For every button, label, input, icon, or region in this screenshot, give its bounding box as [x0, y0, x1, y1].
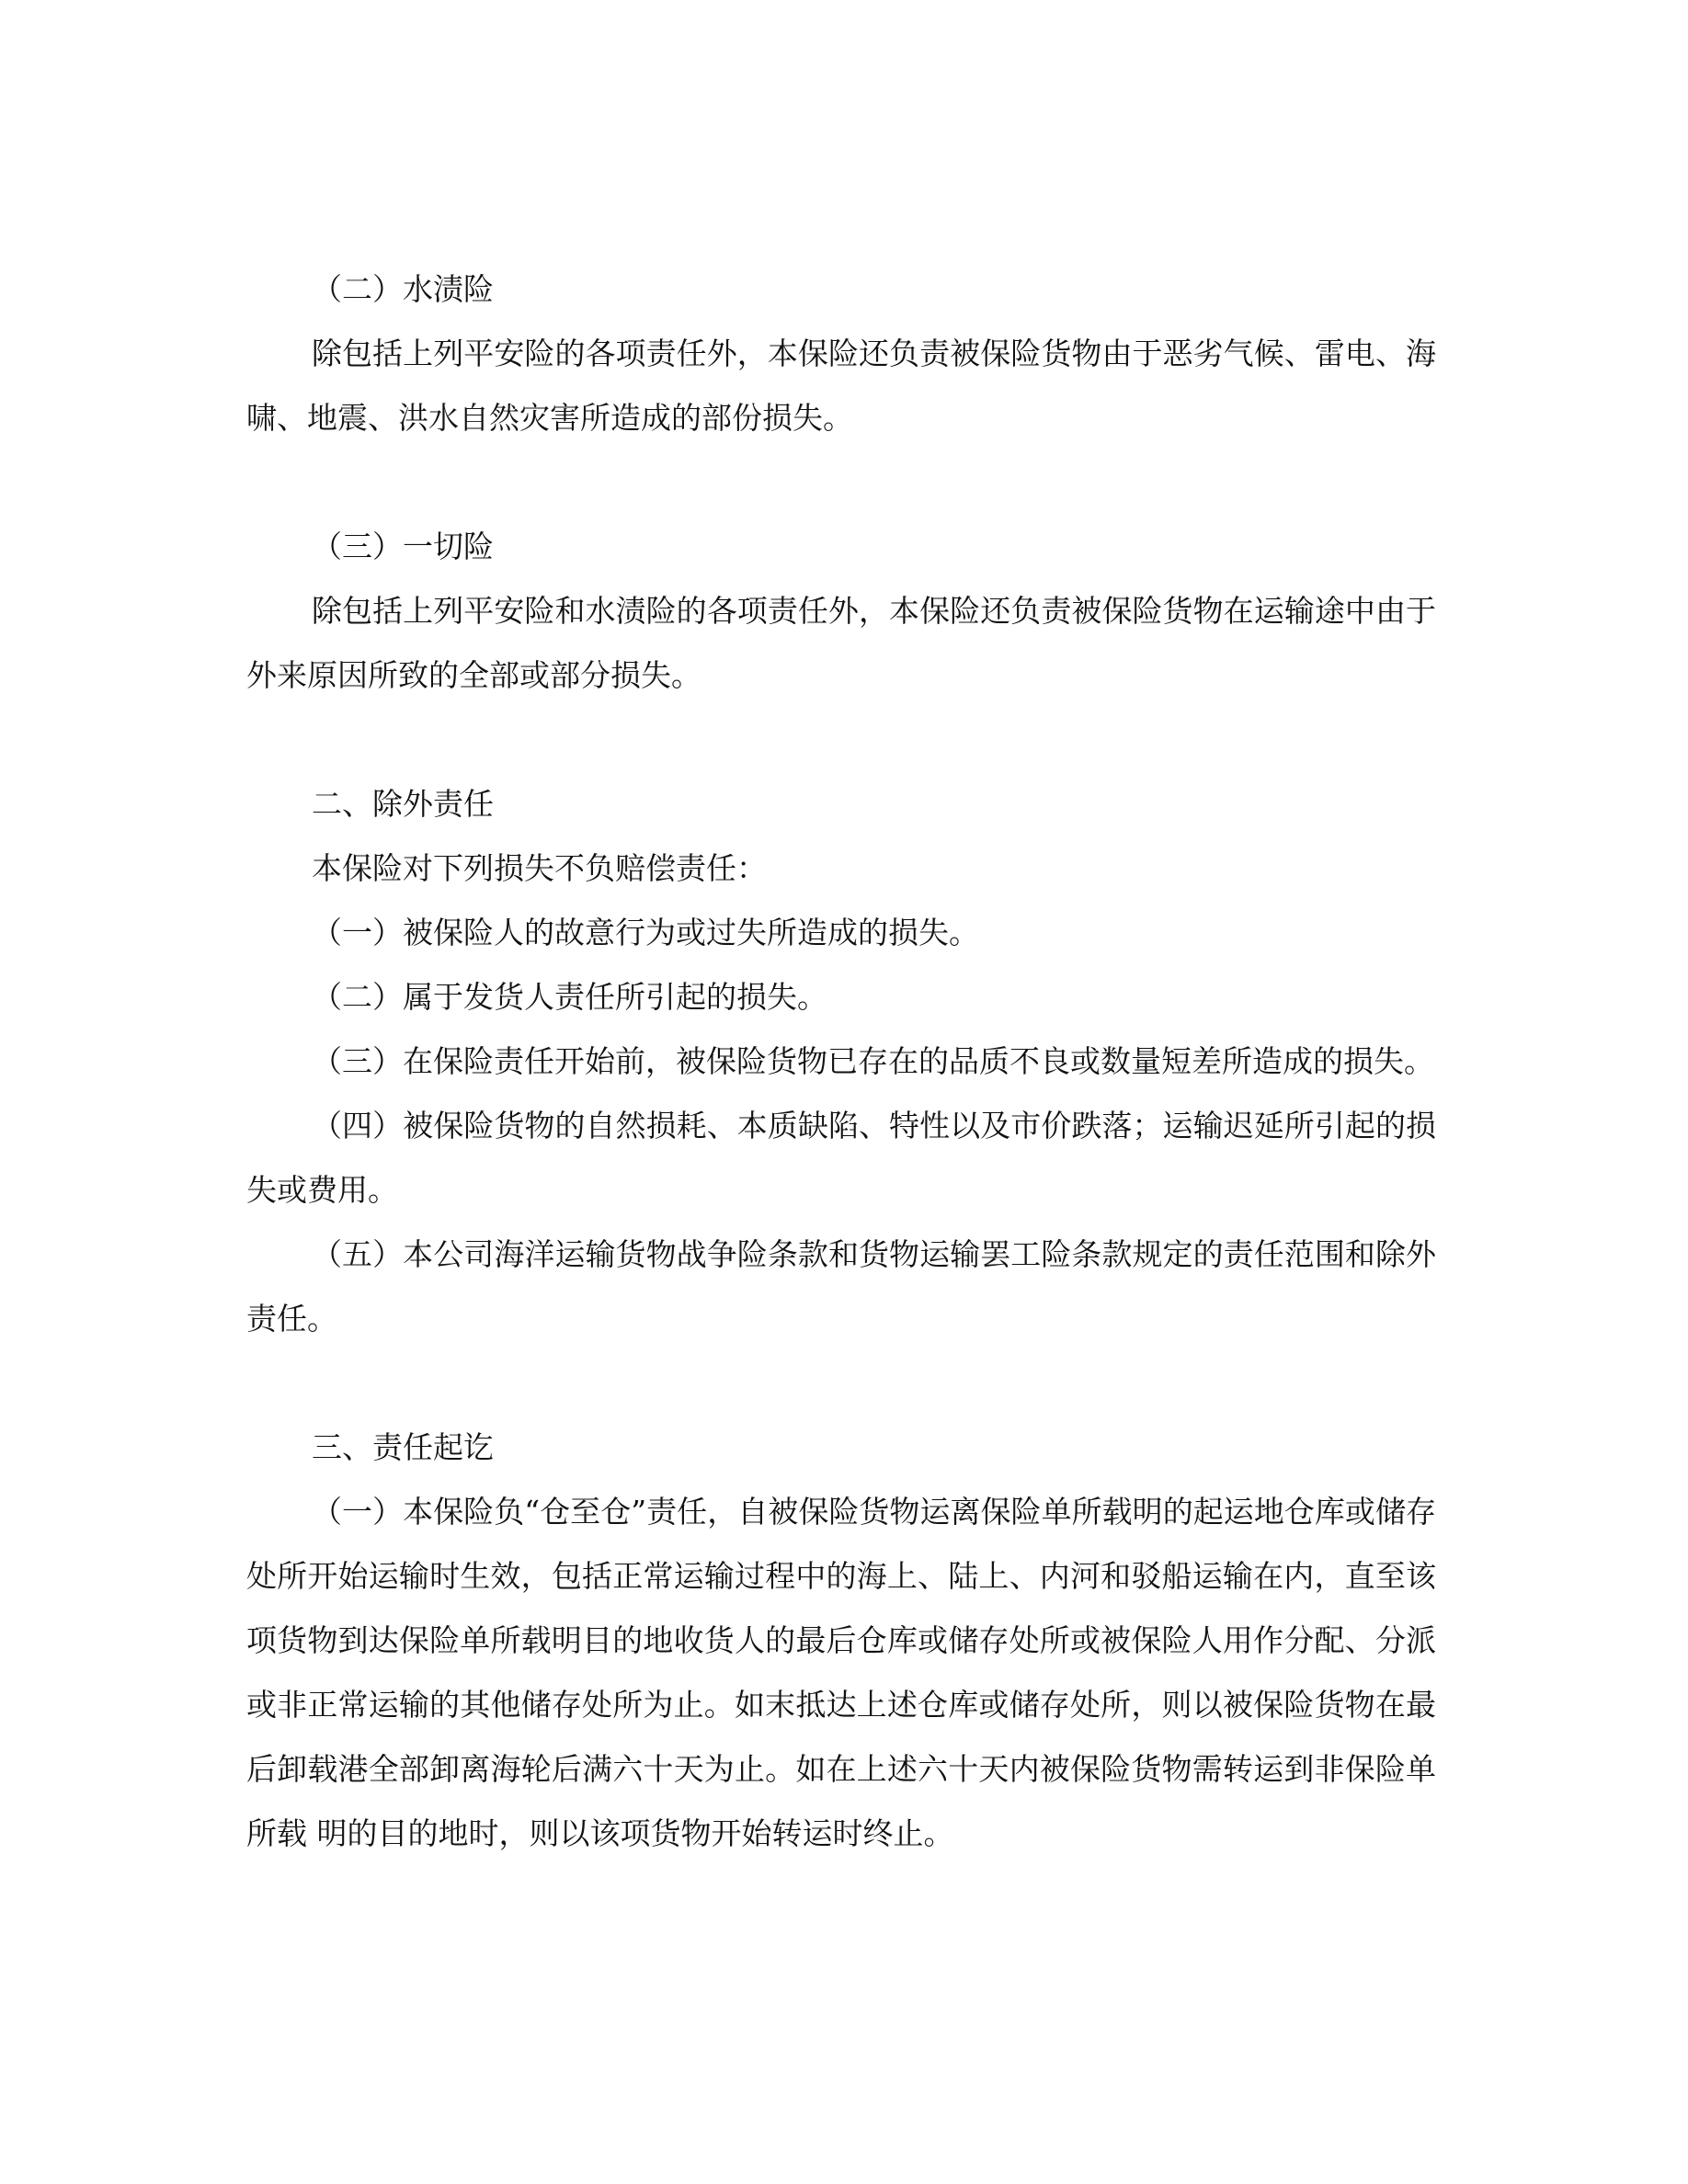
- paragraph: （五）本公司海洋运输货物战争险条款和货物运输罢工险条款规定的责任范围和除外责任。: [246, 1223, 1436, 1351]
- spacer: [246, 708, 1436, 772]
- paragraph: 除包括上列平安险的各项责任外，本保险还负责被保险货物由于恶劣气候、雷电、海啸、地…: [246, 322, 1436, 450]
- section-heading: （二）水渍险: [246, 257, 1436, 322]
- spacer: [246, 1351, 1436, 1416]
- document-page: （二）水渍险 除包括上列平安险的各项责任外，本保险还负责被保险货物由于恶劣气候、…: [246, 257, 1436, 1866]
- spacer: [246, 450, 1436, 515]
- section-heading: 三、责任起讫: [246, 1416, 1436, 1480]
- paragraph: （一）本保险负“仓至仓”责任，自被保险货物运离保险单所载明的起运地仓库或储存处所…: [246, 1480, 1436, 1866]
- paragraph: （一）被保险人的故意行为或过失所造成的损失。: [246, 901, 1436, 965]
- paragraph: （三）在保险责任开始前，被保险货物已存在的品质不良或数量短差所造成的损失。: [246, 1029, 1436, 1094]
- paragraph: （四）被保险货物的自然损耗、本质缺陷、特性以及市价跌落；运输迟延所引起的损失或费…: [246, 1094, 1436, 1223]
- section-heading: 二、除外责任: [246, 772, 1436, 836]
- section-heading: （三）一切险: [246, 515, 1436, 579]
- paragraph: （二）属于发货人责任所引起的损失。: [246, 965, 1436, 1029]
- paragraph: 本保险对下列损失不负赔偿责任：: [246, 836, 1436, 901]
- paragraph: 除包括上列平安险和水渍险的各项责任外，本保险还负责被保险货物在运输途中由于外来原…: [246, 579, 1436, 708]
